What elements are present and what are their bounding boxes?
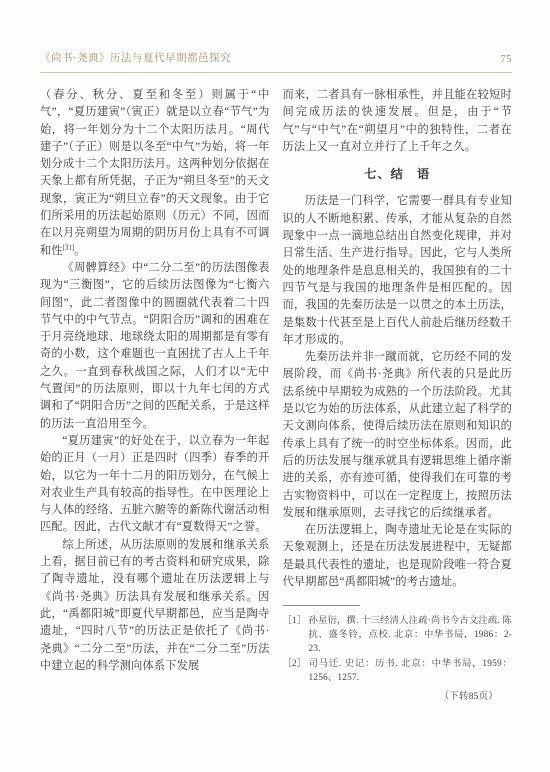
- section-heading-conclusion: 七、结 语: [283, 166, 513, 183]
- paragraph: 综上所述，从历法原则的发展和继承关系上看，据目前已有的考古资料和研究成果，除了陶…: [40, 537, 270, 675]
- left-column: （春分、秋分、夏至和冬至）则属于“中气”，“夏历建寅”（寅正）就是以立春“节气”…: [40, 87, 270, 705]
- paragraph: 在历法逻辑上，陶寺遗址无论是在实际的天象观测上，还是在历法发展进程中，无疑都是最…: [283, 522, 513, 591]
- paragraph-text: （春分、秋分、夏至和冬至）则属于“中气”，“夏历建寅”（寅正）就是以立春“节气”…: [40, 89, 270, 257]
- paragraph: 先秦历法并非一蹴而就，它历经不同的发展阶段，而《尚书·尧典》所代表的只是此历法系…: [283, 349, 513, 522]
- paragraph: （春分、秋分、夏至和冬至）则属于“中气”，“夏历建寅”（寅正）就是以立春“节气”…: [40, 87, 270, 260]
- paragraph-text: 。: [74, 245, 85, 257]
- footnote-text: 孙星衍，撰. 十三经清人注疏·尚书今古文注疏. 陈抗、盛冬铃，点校. 北京：中华…: [309, 615, 513, 656]
- footnote-block: ［1］ 孙星衍，撰. 十三经清人注疏·尚书今古文注疏. 陈抗、盛冬铃，点校. 北…: [283, 605, 513, 705]
- footnote-ref-31: [31]: [63, 244, 74, 251]
- footnote-marker: ［1］: [283, 615, 309, 656]
- footnote-text: 司马迁. 史记：历书. 北京：中华书局，1959：1256、1257.: [309, 658, 513, 686]
- running-head-title: 《尚书·尧典》历法与夏代早期都邑探究: [40, 50, 231, 65]
- continued-on-page-note: （下转85页）: [283, 691, 513, 705]
- paragraph: 历法是一门科学，它需要一群具有专业知识的人不断地积累、传承，才能从复杂的自然现象…: [283, 193, 513, 349]
- journal-page: 《尚书·尧典》历法与夏代早期都邑探究 75 （春分、秋分、夏至和冬至）则属于“中…: [0, 0, 550, 772]
- paragraph: 而来，二者具有一脉相承性，并且能在较短时间完成历法的快速发展。但是，由于“节气”…: [283, 87, 513, 156]
- footnote-item: ［2］ 司马迁. 史记：历书. 北京：中华书局，1959：1256、1257.: [283, 658, 513, 686]
- page-number: 75: [501, 54, 513, 65]
- article-body: （春分、秋分、夏至和冬至）则属于“中气”，“夏历建寅”（寅正）就是以立春“节气”…: [40, 87, 512, 705]
- footnote-separator: [283, 605, 360, 606]
- right-column: 而来，二者具有一脉相承性，并且能在较短时间完成历法的快速发展。但是，由于“节气”…: [283, 87, 513, 705]
- footnote-marker: ［2］: [283, 658, 309, 686]
- page-header: 《尚书·尧典》历法与夏代早期都邑探究 75: [40, 50, 512, 73]
- paragraph: “夏历建寅”的好处在于，以立春为一年起始的正月（一月）正是四时（四季）春季的开始…: [40, 433, 270, 537]
- paragraph: 《周髀算经》中“二分二至”的历法图像表现为“三衡图”，它的后续历法图像为“七衡六…: [40, 260, 270, 433]
- footnote-item: ［1］ 孙星衍，撰. 十三经清人注疏·尚书今古文注疏. 陈抗、盛冬铃，点校. 北…: [283, 615, 513, 656]
